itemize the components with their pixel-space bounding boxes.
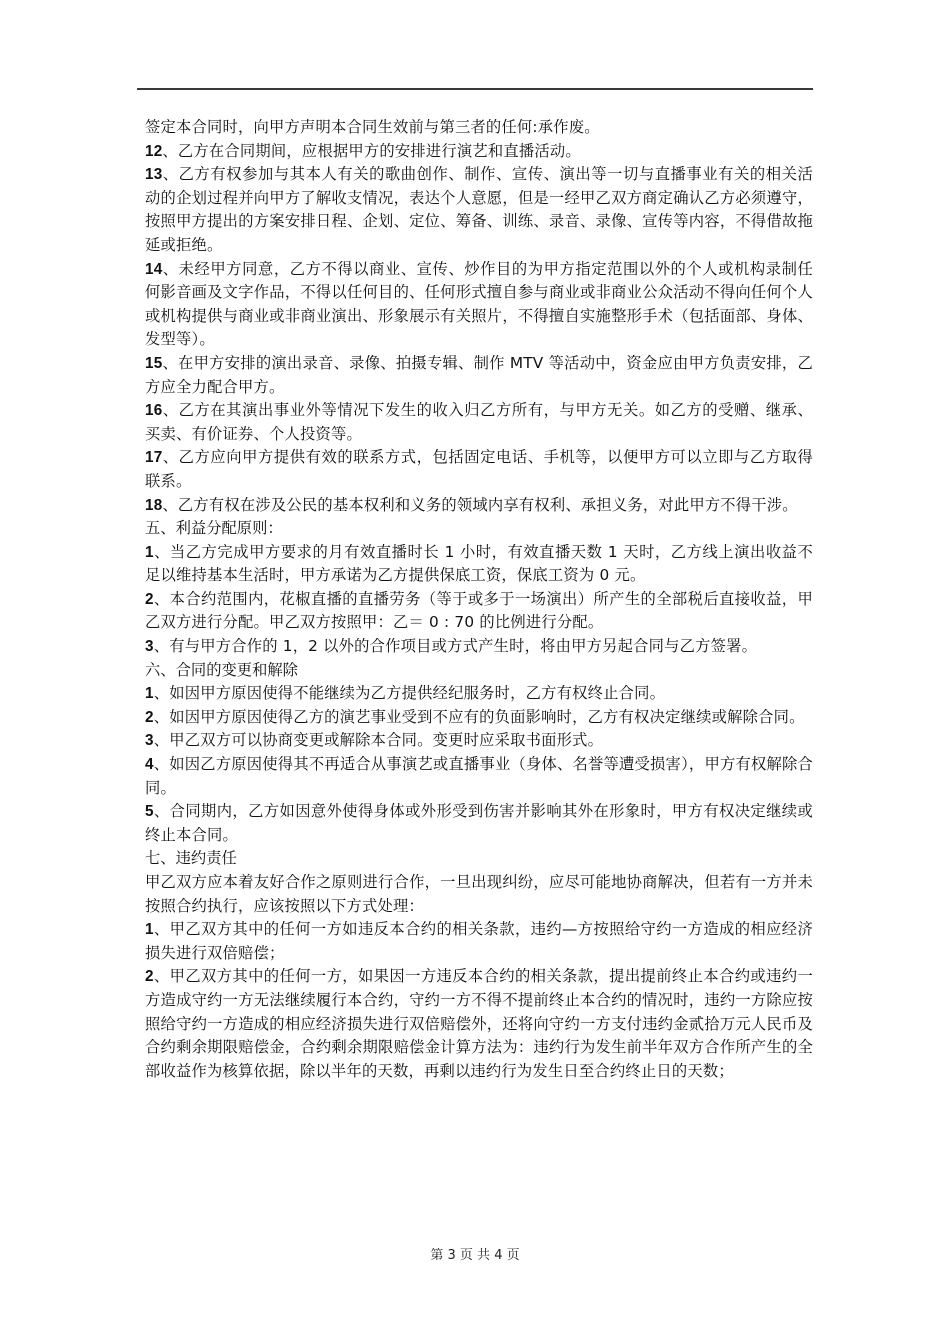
breach-intro: 甲乙双方应本着友好合作之原则进行合作，一旦出现纠纷，应尽可能地协商解决，但若有一…	[145, 871, 813, 918]
clause-number: 3	[145, 732, 154, 749]
document-body: 签定本合同时，向甲方声明本合同生效前与第三者的任何:承作废。 12、乙方在合同期…	[145, 116, 813, 1083]
clause-text: 、乙方在其演出事业外等情况下发生的收入归乙方所有，与甲方无关。如乙方的受赠、继承…	[145, 401, 813, 443]
clause-number: 17	[145, 449, 162, 466]
clause-text: 、甲乙双方其中的任何一方如违反本合约的相关条款，违约—方按照给守约一方造成的相应…	[145, 920, 813, 962]
change-clause-2: 2、如因甲方原因使得乙方的演艺事业受到不应有的负面影响时，乙方有权决定继续或解除…	[145, 706, 813, 730]
clause-number: 12	[145, 143, 162, 160]
profit-clause-1: 1、当乙方完成甲方要求的月有效直播时长 1 小时，有效直播天数 1 天时，乙方线…	[145, 541, 813, 588]
clause-text: 、如因乙方原因使得其不再适合从事演艺或直播事业（身体、名誉等遭受损害），甲方有权…	[145, 755, 813, 797]
clause-text: 、当乙方完成甲方要求的月有效直播时长 1 小时，有效直播天数 1 天时，乙方线上…	[145, 543, 813, 585]
clause-text: 、如因甲方原因使得乙方的演艺事业受到不应有的负面影响时，乙方有权决定继续或解除合…	[154, 708, 805, 726]
paragraph-text: 甲乙双方应本着友好合作之原则进行合作，一旦出现纠纷，应尽可能地协商解决，但若有一…	[145, 873, 813, 915]
clause-number: 4	[145, 756, 154, 773]
clause-number: 15	[145, 355, 162, 372]
clause-13: 13、乙方有权参加与其本人有关的歌曲创作、制作、宣传、演出等一切与直播事业有关的…	[145, 163, 813, 257]
clause-number: 2	[145, 591, 154, 608]
change-clause-4: 4、如因乙方原因使得其不再适合从事演艺或直播事业（身体、名誉等遭受损害），甲方有…	[145, 753, 813, 800]
clause-text: 、甲乙双方其中的任何一方，如果因一方违反本合约的相关条款，提出提前终止本合约或违…	[145, 967, 813, 1079]
clause-text: 、甲乙双方可以协商变更或解除本合同。变更时应采取书面形式。	[154, 731, 603, 749]
clause-18: 18、乙方有权在涉及公民的基本权利和义务的领域内享有权利、承担义务，对此甲方不得…	[145, 494, 813, 518]
clause-text: 、有与甲方合作的 1，2 以外的合作项目或方式产生时，将由甲方另起合同与乙方签署…	[154, 637, 757, 655]
clause-text: 、乙方有权在涉及公民的基本权利和义务的领域内享有权利、承担义务，对此甲方不得干涉…	[162, 496, 797, 514]
clause-14: 14、未经甲方同意，乙方不得以商业、宣传、炒作目的为甲方指定范围以外的个人或机构…	[145, 258, 813, 352]
change-clause-3: 3、甲乙双方可以协商变更或解除本合同。变更时应采取书面形式。	[145, 729, 813, 753]
clause-number: 2	[145, 709, 154, 726]
clause-16: 16、乙方在其演出事业外等情况下发生的收入归乙方所有，与甲方无关。如乙方的受赠、…	[145, 399, 813, 446]
clause-number: 1	[145, 544, 154, 561]
paragraph-text: 签定本合同时，向甲方声明本合同生效前与第三者的任何:承作废。	[145, 118, 600, 136]
clause-number: 13	[145, 166, 162, 183]
clause-17: 17、乙方应向甲方提供有效的联系方式，包括固定电话、手机等，以便甲方可以立即与乙…	[145, 446, 813, 493]
clause-number: 1	[145, 921, 154, 938]
clause-number: 1	[145, 685, 154, 702]
clause-12: 12、乙方在合同期间，应根据甲方的安排进行演艺和直播活动。	[145, 140, 813, 164]
change-clause-5: 5、合同期内，乙方如因意外使得身体或外形受到伤害并影响其外在形象时，甲方有权决定…	[145, 800, 813, 847]
clause-number: 5	[145, 803, 154, 820]
section-heading-breach: 七、违约责任	[145, 847, 813, 871]
clause-number: 3	[145, 638, 154, 655]
clause-number: 14	[145, 261, 162, 278]
profit-clause-3: 3、有与甲方合作的 1，2 以外的合作项目或方式产生时，将由甲方另起合同与乙方签…	[145, 635, 813, 659]
section-heading-change: 六、合同的变更和解除	[145, 659, 813, 683]
clause-15: 15、在甲方安排的演出录音、录像、拍摄专辑、制作 MTV 等活动中，资金应由甲方…	[145, 352, 813, 399]
clause-text: 、本合约范围内，花椒直播的直播劳务（等于或多于一场演出）所产生的全部税后直接收益…	[145, 590, 813, 632]
header-rule	[137, 88, 813, 90]
clause-number: 18	[145, 497, 162, 514]
paragraph-intro: 签定本合同时，向甲方声明本合同生效前与第三者的任何:承作废。	[145, 116, 813, 140]
clause-text: 、乙方应向甲方提供有效的联系方式，包括固定电话、手机等，以便甲方可以立即与乙方取…	[145, 448, 813, 490]
breach-clause-2: 2、甲乙双方其中的任何一方，如果因一方违反本合约的相关条款，提出提前终止本合约或…	[145, 965, 813, 1083]
breach-clause-1: 1、甲乙双方其中的任何一方如违反本合约的相关条款，违约—方按照给守约一方造成的相…	[145, 918, 813, 965]
page-footer: 第 3 页 共 4 页	[0, 1244, 950, 1263]
section-heading-profit: 五、利益分配原则：	[145, 517, 813, 541]
clause-text: 、在甲方安排的演出录音、录像、拍摄专辑、制作 MTV 等活动中，资金应由甲方负责…	[145, 354, 813, 396]
clause-text: 、如因甲方原因使得不能继续为乙方提供经纪服务时，乙方有权终止合同。	[154, 684, 665, 702]
clause-number: 16	[145, 402, 162, 419]
clause-number: 2	[145, 968, 154, 985]
clause-text: 、乙方在合同期间，应根据甲方的安排进行演艺和直播活动。	[162, 142, 580, 160]
clause-text: 、未经甲方同意，乙方不得以商业、宣传、炒作目的为甲方指定范围以外的个人或机构录制…	[145, 260, 813, 349]
profit-clause-2: 2、本合约范围内，花椒直播的直播劳务（等于或多于一场演出）所产生的全部税后直接收…	[145, 588, 813, 635]
clause-text: 、合同期内，乙方如因意外使得身体或外形受到伤害并影响其外在形象时，甲方有权决定继…	[145, 802, 813, 844]
page-number: 第 3 页 共 4 页	[430, 1248, 519, 1263]
clause-text: 、乙方有权参加与其本人有关的歌曲创作、制作、宣传、演出等一切与直播事业有关的相关…	[145, 165, 813, 254]
change-clause-1: 1、如因甲方原因使得不能继续为乙方提供经纪服务时，乙方有权终止合同。	[145, 682, 813, 706]
